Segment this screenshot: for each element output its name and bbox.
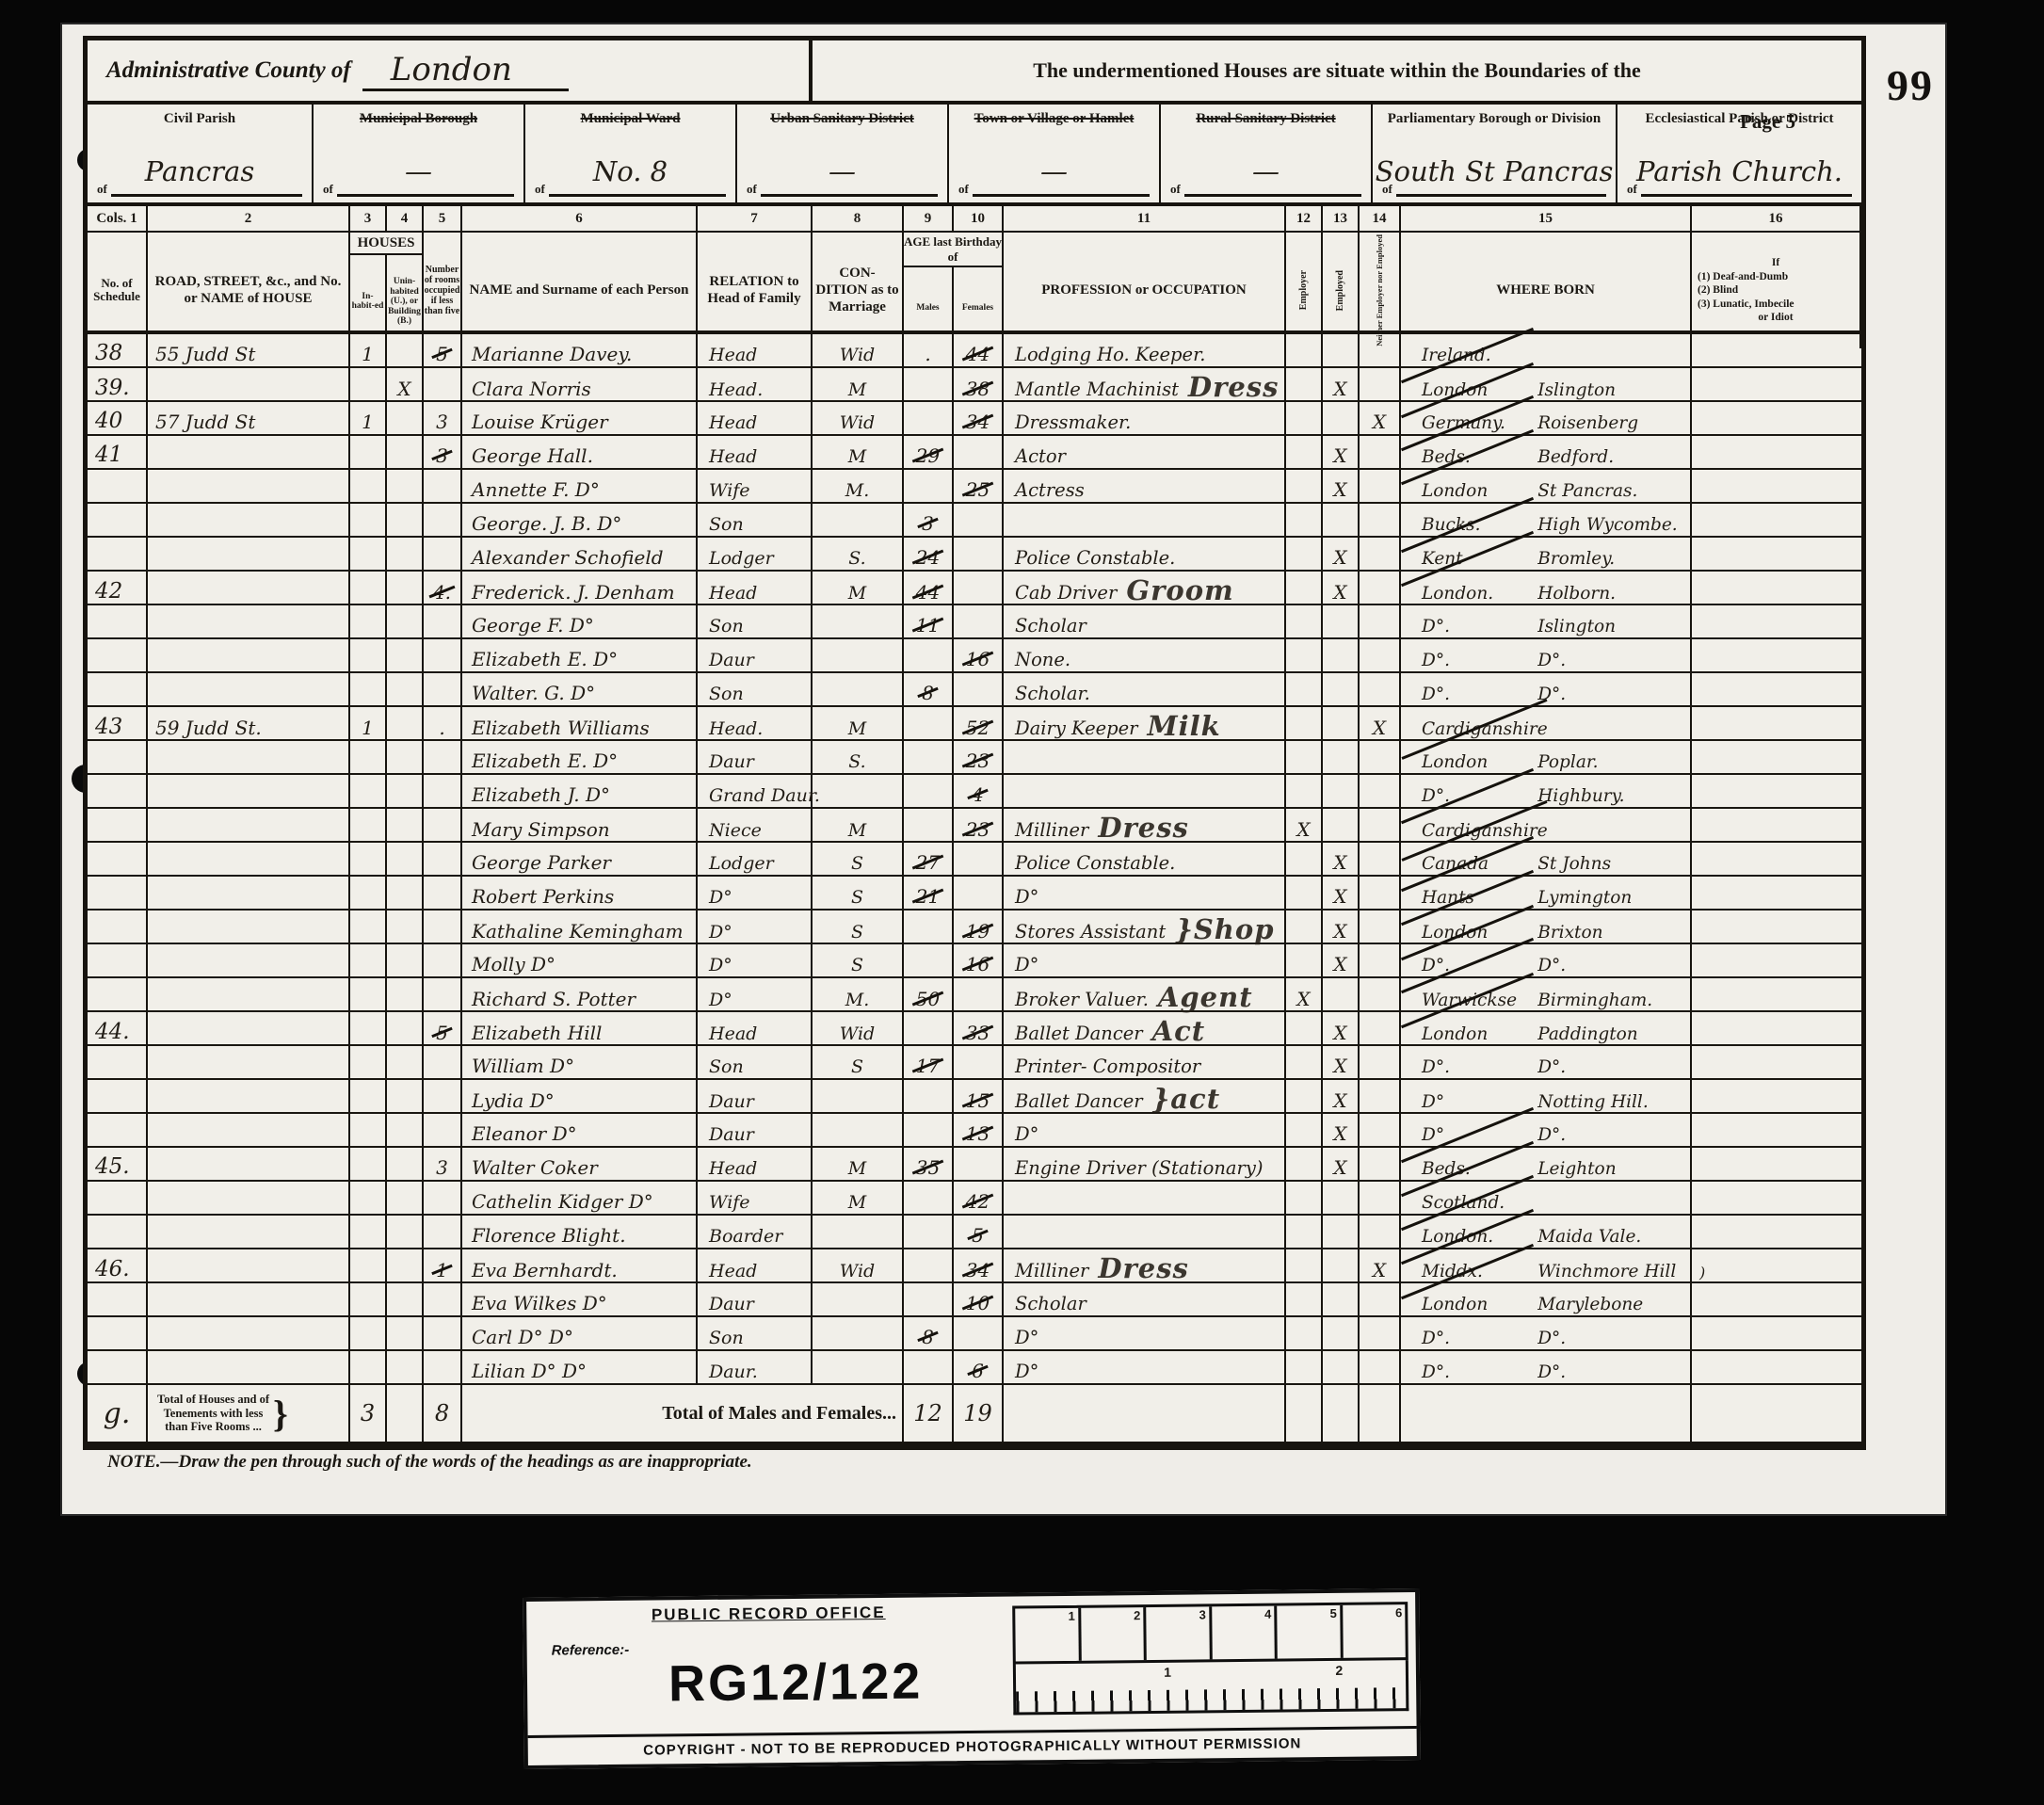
column-number-row: Cols. 12345678910111213141516 [88, 206, 1861, 233]
field-town-village: Town or Village or Hamlet—of [949, 105, 1161, 202]
col-age-header: AGE last Birthday of MalesFemales [904, 233, 1004, 348]
table-row: George. J. B. D°Son3Bucks.High Wycombe. [88, 504, 1861, 538]
scan-background: 99 Administrative County of London The u… [0, 0, 2044, 1805]
table-row: Eva Wilkes D°Daur10ScholarLondonMarylebo… [88, 1283, 1861, 1317]
table-row: Cathelin Kidger D°WifeM42Scotland. [88, 1182, 1861, 1216]
column-number: 10 [954, 206, 1004, 231]
totals-mark: g. [88, 1385, 148, 1442]
col-employer-header: Employer [1286, 233, 1323, 348]
column-number: Cols. 1 [88, 206, 148, 231]
col-whereborn-header: WHERE BORN [1401, 233, 1692, 348]
admin-county-value: London [362, 51, 569, 91]
table-row: George F. D°Son11ScholarD°.Islington [88, 605, 1861, 639]
column-number: 8 [813, 206, 904, 231]
totals-males: 12 [904, 1385, 954, 1442]
record-office-stamp: PUBLIC RECORD OFFICE Reference:- RG12/12… [523, 1588, 1421, 1769]
table-row: 424.Frederick. J. DenhamHeadM44Cab Drive… [88, 572, 1861, 605]
col-condition-header: CON-DITION as to Marriage [813, 233, 904, 348]
stamp-reference-value: RG12/122 [668, 1652, 924, 1714]
title-row: Administrative County of London The unde… [88, 40, 1861, 105]
table-row: Elizabeth E. D°Daur16None.D°.D°. [88, 639, 1861, 673]
table-row: Mary SimpsonNieceM23MillinerDressXCardig… [88, 809, 1861, 843]
table-row: 45.3Walter CokerHeadM35Engine Driver (St… [88, 1148, 1861, 1182]
folio-number: 99 [1887, 60, 1934, 110]
col-schedule-header: No. of Schedule [88, 233, 148, 348]
table-row: Alexander SchofieldLodgerS.24Police Cons… [88, 538, 1861, 572]
census-page: 99 Administrative County of London The u… [62, 24, 1945, 1514]
col-houses-header: HOUSES In-habit-edUnin-habited (U.), or … [350, 233, 424, 348]
table-row: Kathaline KeminghamD°S19Stores Assistant… [88, 911, 1861, 944]
column-number: 5 [424, 206, 462, 231]
totals-females: 19 [954, 1385, 1004, 1442]
admin-county-label: Administrative County of [106, 57, 351, 84]
table-row: 4057 Judd St13Louise KrügerHeadWid34Dres… [88, 402, 1861, 436]
col-occupation-header: PROFESSION or OCCUPATION [1004, 233, 1286, 348]
stamp-ruler: 123456 1 2 [1012, 1602, 1408, 1726]
table-row: George ParkerLodgerS27Police Constable.X… [88, 843, 1861, 877]
ruler-scale: 1 2 [1013, 1660, 1409, 1715]
table-row: Lilian D° D°Daur.6D°D°.D°. [88, 1351, 1861, 1385]
totals-rooms-value: 8 [424, 1385, 462, 1442]
col-name-header: NAME and Surname of each Person [462, 233, 698, 348]
totals-houses-label: Total of Houses and ofTenements with les… [148, 1385, 350, 1442]
field-municipal-borough: Municipal Borough—of [314, 105, 525, 202]
column-number: 12 [1286, 206, 1323, 231]
table-row: Elizabeth J. D°Grand Daur.4D°.Highbury. [88, 775, 1861, 809]
column-number: 13 [1323, 206, 1360, 231]
table-row: Florence Blight.Boarder5London.Maida Val… [88, 1216, 1861, 1249]
table-row: 413George Hall.HeadM29ActorXBeds.Bedford… [88, 436, 1861, 470]
col-infirmity-header: If (1) Deaf-and-Dumb (2) Blind (3) Lunat… [1692, 233, 1861, 348]
column-number: 7 [698, 206, 813, 231]
totals-mf-label: Total of Males and Females... [462, 1385, 904, 1442]
table-row: 44.5Elizabeth HillHeadWid33Ballet Dancer… [88, 1012, 1861, 1046]
stamp-office-title: PUBLIC RECORD OFFICE [526, 1603, 1010, 1626]
column-number: 4 [387, 206, 424, 231]
field-ecclesiastical-parish: Page 5Ecclesiastical Parish or DistrictP… [1617, 105, 1861, 202]
column-number: 14 [1360, 206, 1401, 231]
col-rooms-header: Number of rooms occupied if less than fi… [424, 233, 462, 348]
table-row: Annette F. D°WifeM.25ActressXLondonSt Pa… [88, 470, 1861, 504]
column-header-row: No. of Schedule ROAD, STREET, &c., and N… [88, 233, 1861, 334]
admin-county-box: Administrative County of London [88, 40, 813, 101]
column-number: 9 [904, 206, 954, 231]
table-row: 39.XClara NorrisHead.M38Mantle Machinist… [88, 368, 1861, 402]
field-civil-parish: Civil ParishPancrasof [88, 105, 314, 202]
column-number: 3 [350, 206, 387, 231]
field-urban-sanitary: Urban Sanitary District—of [737, 105, 949, 202]
table-row: Eleanor D°Daur13D°XD°D°. [88, 1114, 1861, 1148]
column-number: 15 [1401, 206, 1692, 231]
table-body: 3855 Judd St15Marianne Davey.HeadWid.44L… [88, 334, 1861, 1385]
page-number-label: Page 5 [1740, 110, 1795, 134]
table-row: Robert PerkinsD°S21D°XHantsLymington [88, 877, 1861, 911]
district-fields-row: Civil ParishPancrasof Municipal Borough—… [88, 105, 1861, 206]
table-row: Richard S. PotterD°M.50Broker Valuer.Age… [88, 978, 1861, 1012]
table-row: 4359 Judd St.1.Elizabeth WilliamsHead.M5… [88, 707, 1861, 741]
table-row: 3855 Judd St15Marianne Davey.HeadWid.44L… [88, 334, 1861, 368]
stamp-copyright: COPYRIGHT - NOT TO BE REPRODUCED PHOTOGR… [528, 1726, 1417, 1764]
column-number: 2 [148, 206, 350, 231]
column-number: 16 [1692, 206, 1861, 231]
census-table: Administrative County of London The unde… [83, 36, 1866, 1450]
table-row: Walter. G. D°Son8Scholar.D°.D°. [88, 673, 1861, 707]
col-neither-header: Neither Employer nor Employed [1360, 233, 1401, 348]
field-rural-sanitary: Rural Sanitary District—of [1161, 105, 1373, 202]
table-row: Lydia D°Daur15Ballet Dancer}actXD°Nottin… [88, 1080, 1861, 1114]
column-number: 6 [462, 206, 698, 231]
totals-houses-value: 3 [350, 1385, 387, 1442]
field-parliamentary-borough: Parliamentary Borough or DivisionSouth S… [1373, 105, 1617, 202]
totals-row: g. Total of Houses and ofTenements with … [88, 1385, 1861, 1445]
field-municipal-ward: Municipal WardNo. 8of [525, 105, 737, 202]
col-road-header: ROAD, STREET, &c., and No. or NAME of HO… [148, 233, 350, 348]
stamp-reference-label: Reference:- [552, 1642, 630, 1659]
ruler-cells: 123456 [1012, 1602, 1408, 1664]
column-number: 11 [1004, 206, 1286, 231]
table-row: Elizabeth E. D°DaurS.23LondonPoplar. [88, 741, 1861, 775]
col-employed-header: Employed [1323, 233, 1360, 348]
boundaries-text: The undermentioned Houses are situate wi… [813, 40, 1861, 101]
footnote: NOTE.—Draw the pen through such of the w… [107, 1452, 752, 1473]
col-relation-header: RELATION to Head of Family [698, 233, 813, 348]
table-row: William D°SonS17Printer- CompositorXD°.D… [88, 1046, 1861, 1080]
table-row: 46.1Eva Bernhardt.HeadWid34MillinerDress… [88, 1249, 1861, 1283]
table-row: Carl D° D°Son8D°D°.D°. [88, 1317, 1861, 1351]
table-row: Molly D°D°S16D°XD°.D°. [88, 944, 1861, 978]
